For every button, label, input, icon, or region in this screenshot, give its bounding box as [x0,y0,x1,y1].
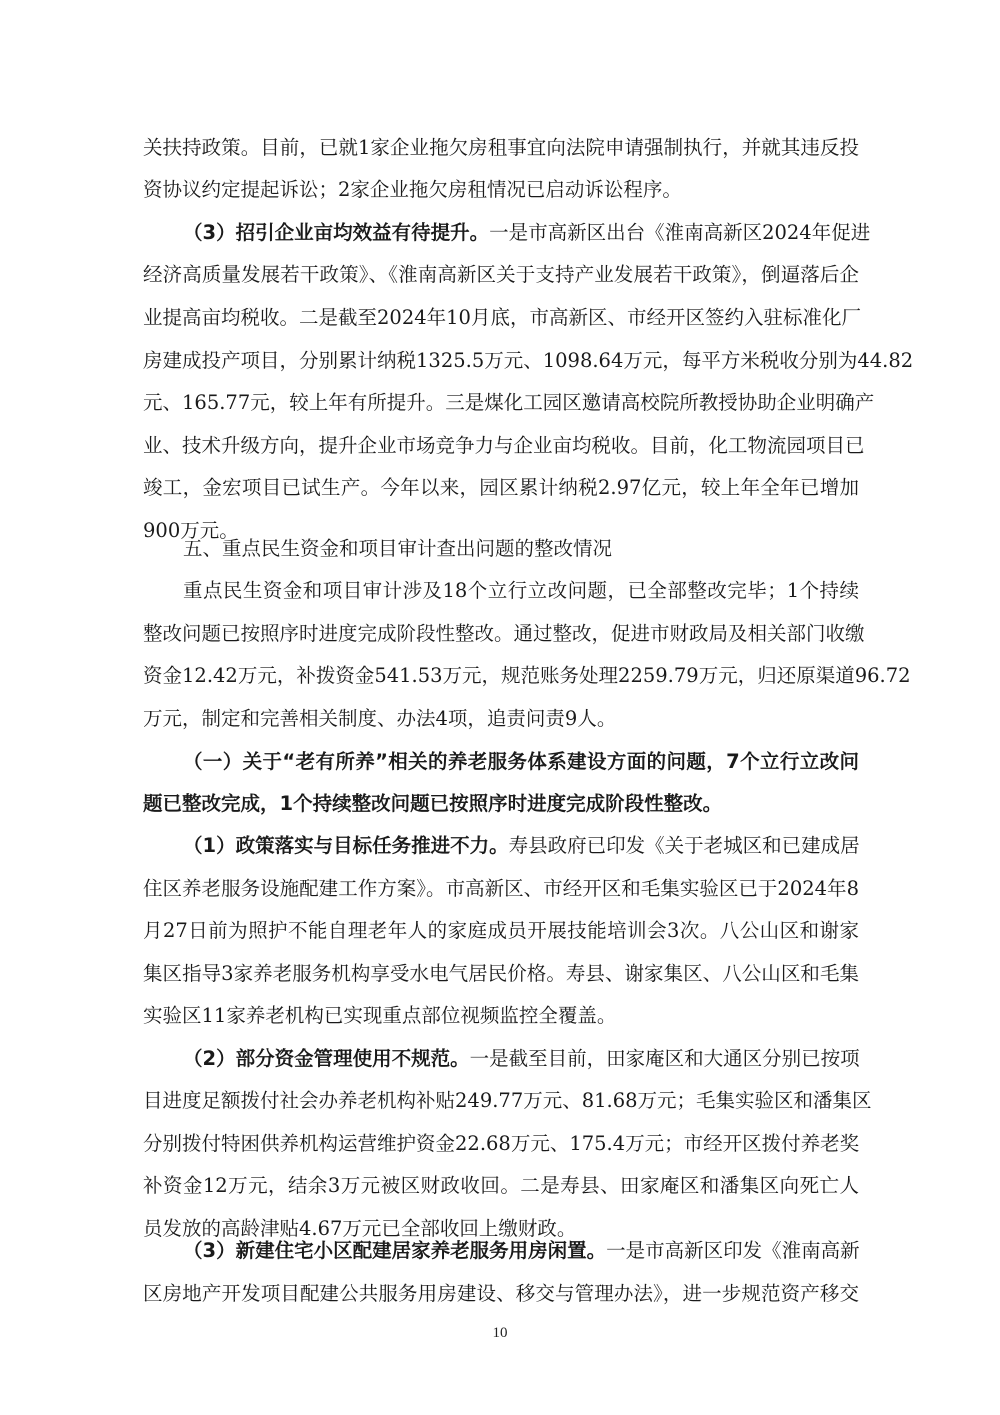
paragraph-line: 整改问题已按照序时进度完成阶段性整改。通过整改，促进市财政局及相关部门收缴 [143,619,859,649]
paragraph-line: 住区养老服务设施配建工作方案》。市高新区、市经开区和毛集实验区已于2024年8 [143,874,859,904]
paragraph-line: 补资金12万元，结余3万元被区财政收回。二是寿县、田家庵区和潘集区向死亡人 [143,1171,859,1201]
paragraph-line: 目进度足额拨付社会办养老机构补贴249.77万元、81.68万元；毛集实验区和潘… [143,1086,859,1116]
paragraph-line: 经济高质量发展若干政策》、《淮南高新区关于支持产业发展若干政策》，倒逼落后企 [143,260,859,290]
paragraph-line: 月27日前为照护不能自理老年人的家庭成员开展技能培训会3次。八公山区和谢家 [143,916,859,946]
paragraph-line: 资金12.42万元，补拨资金541.53万元，规范账务处理2259.79万元，归… [143,661,859,691]
paragraph-line: 区房地产开发项目配建公共服务用房建设、移交与管理办法》，进一步规范资产移交 [143,1279,859,1309]
document-page: 关扶持政策。目前，已就1家企业拖欠房租事宜向法院申请强制执行，并就其违反投 资协… [0,0,1000,1415]
paragraph-line-with-bold-lead: （2）部分资金管理使用不规范。一是截至目前，田家庵区和大通区分别已按项 [183,1044,859,1074]
page-number: 10 [0,1325,1000,1342]
paragraph-text: 寿县政府已印发《关于老城区和已建成居 [509,834,860,857]
paragraph-line: 房建成投产项目，分别累计纳税1325.5万元、1098.64万元，每平方米税收分… [143,346,859,376]
paragraph-text: 一是截至目前，田家庵区和大通区分别已按项 [470,1047,860,1070]
subsection-title: 题已整改完成，1个持续整改问题已按照序时进度完成阶段性整改。 [143,789,859,819]
paragraph-line: 业、技术升级方向，提升企业市场竞争力与企业亩均税收。目前，化工物流园项目已 [143,431,859,461]
paragraph-line: 集区指导3家养老服务机构享受水电气居民价格。寿县、谢家集区、八公山区和毛集 [143,959,859,989]
paragraph-line: 竣工，金宏项目已试生产。今年以来，园区累计纳税2.97亿元，较上年全年已增加 [143,473,859,503]
paragraph-text: 一是市高新区印发《淮南高新 [606,1239,860,1262]
paragraph-line: 资协议约定提起诉讼；2家企业拖欠房租情况已启动诉讼程序。 [143,175,859,205]
paragraph-line: 分别拨付特困供养机构运营维护资金22.68万元、175.4万元；市经开区拨付养老… [143,1129,859,1159]
bold-lead: （2）部分资金管理使用不规范。 [183,1047,470,1070]
paragraph-line-with-bold-lead: （1）政策落实与目标任务推进不力。寿县政府已印发《关于老城区和已建成居 [183,831,859,861]
paragraph-line: 元、165.77元，较上年有所提升。三是煤化工园区邀请高校院所教授协助企业明确产 [143,388,859,418]
paragraph-line: 关扶持政策。目前，已就1家企业拖欠房租事宜向法院申请强制执行，并就其违反投 [143,133,859,163]
bold-lead: （3）招引企业亩均效益有待提升。 [183,221,489,244]
paragraph-line: 实验区11家养老机构已实现重点部位视频监控全覆盖。 [143,1001,859,1031]
paragraph-text: 一是市高新区出台《淮南高新区2024年促进 [489,221,870,244]
paragraph-line: 业提高亩均税收。二是截至2024年10月底，市高新区、市经开区签约入驻标准化厂 [143,303,859,333]
paragraph-line-with-bold-lead: （3）新建住宅小区配建居家养老服务用房闲置。一是市高新区印发《淮南高新 [183,1236,859,1266]
paragraph-line-with-bold-lead: （3）招引企业亩均效益有待提升。一是市高新区出台《淮南高新区2024年促进 [183,218,859,248]
bold-lead: （1）政策落实与目标任务推进不力。 [183,834,509,857]
section-title: 五、重点民生资金和项目审计查出问题的整改情况 [183,534,859,564]
paragraph-line: 重点民生资金和项目审计涉及18个立行立改问题，已全部整改完毕；1个持续 [183,576,859,606]
subsection-title: （一）关于“老有所养”相关的养老服务体系建设方面的问题，7个立行立改问 [183,747,859,777]
bold-lead: （3）新建住宅小区配建居家养老服务用房闲置。 [183,1239,606,1262]
paragraph-line: 万元，制定和完善相关制度、办法4项，追责问责9人。 [143,704,859,734]
